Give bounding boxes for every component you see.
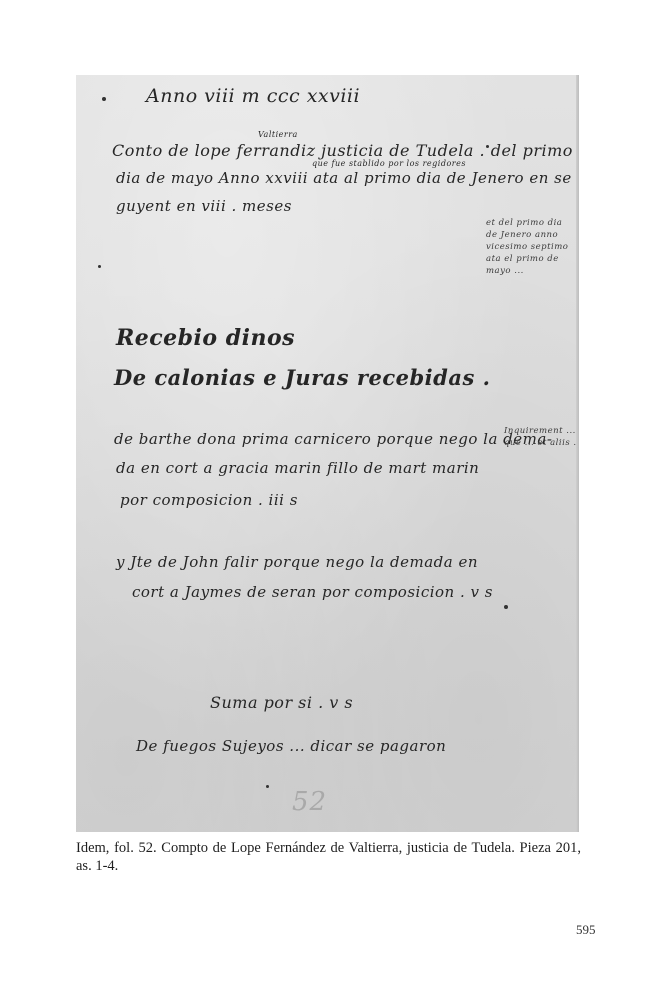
- manuscript-entry-1-line-1: Conto de lope ferrandiz justicia de Tude…: [112, 141, 573, 160]
- ink-dot: [102, 97, 106, 101]
- manuscript-interlinear-1: Valtierra: [258, 130, 298, 139]
- page-number: 595: [576, 922, 596, 938]
- ink-dot: [266, 785, 269, 788]
- manuscript-section-title-2: De calonias e Juras recebidas .: [114, 365, 490, 390]
- margin-note-2: Inquirement ... que ... et aliis ...: [504, 425, 579, 449]
- manuscript-summa: Suma por si . v s: [210, 693, 353, 712]
- manuscript-entry-1-line-3: guyent en viii . meses: [116, 197, 292, 215]
- manuscript-heading: Anno viii m ccc xxviii: [146, 85, 360, 107]
- ink-dot: [98, 265, 101, 268]
- manuscript-interlinear-2: que fue stablido por los regidores: [312, 159, 466, 168]
- manuscript-entry-3-line-2: cort a Jaymes de seran por composicion .…: [132, 583, 493, 601]
- margin-note-1: et del primo dia de Jenero anno vicesimo…: [486, 217, 574, 277]
- manuscript-entry-4: De fuegos Sujeyos ... dicar se pagaron: [136, 737, 446, 755]
- manuscript-entry-1-line-2: dia de mayo Anno xxviii ata al primo dia…: [116, 169, 572, 187]
- manuscript-entry-2-line-3: por composicion . iii s: [120, 491, 298, 509]
- manuscript-entry-2-line-1: de barthe dona prima carnicero porque ne…: [114, 430, 552, 448]
- manuscript-entry-2-line-2: da en cort a gracia marin fillo de mart …: [116, 459, 479, 477]
- figure-caption: Idem, fol. 52. Compto de Lope Fernández …: [76, 839, 581, 875]
- manuscript-section-title-1: Recebio dinos: [116, 325, 295, 351]
- ink-dot: [486, 145, 489, 148]
- folio-number: 52: [292, 787, 327, 817]
- ink-dot: [504, 605, 508, 609]
- manuscript-photo: Anno viii m ccc xxviii Valtierra Conto d…: [76, 75, 579, 832]
- manuscript-entry-3-line-1: y Jte de John falir porque nego la demad…: [116, 553, 478, 571]
